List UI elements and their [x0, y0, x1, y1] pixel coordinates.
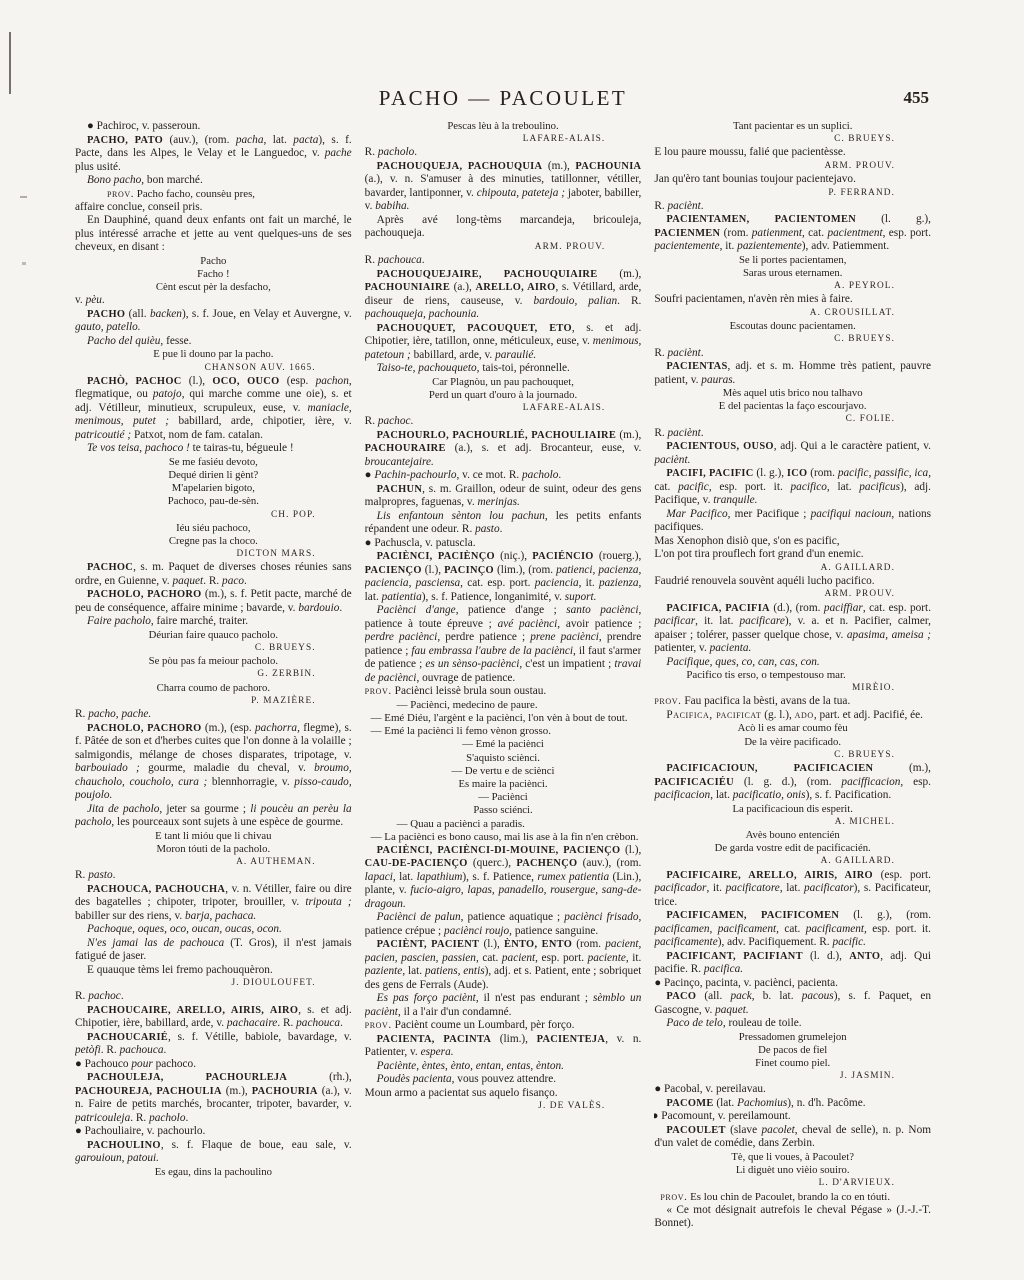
- text-segment: , patience sanguine.: [509, 925, 598, 937]
- citation-author: CH. POP.: [75, 509, 352, 522]
- text-segment: — Emé la paciènci: [462, 738, 544, 750]
- text-segment: , s. f. Vétille, babiole, bavardage, v.: [168, 1031, 352, 1043]
- text-segment: J. JASMIN.: [840, 1071, 895, 1081]
- text-paragraph: prov. Paciènci leissè brula soun oustau.: [365, 685, 642, 699]
- text-paragraph: R. pachoc.: [365, 415, 642, 429]
- text-segment: (g. l.),: [761, 709, 794, 721]
- text-segment: ● Pacobal, v. pereilavau.: [654, 1083, 766, 1095]
- headword: PACHOUNIA: [575, 161, 641, 172]
- text-segment: ), s. f. Patience, longanimité, v.: [422, 591, 565, 603]
- text-segment: Passo sciénci.: [473, 804, 532, 816]
- italic-text: pacificacion: [654, 789, 710, 801]
- italic-text: pèu: [86, 294, 102, 306]
- text-paragraph: v. pèu.: [75, 294, 352, 308]
- text-segment: CH. POP.: [271, 510, 316, 520]
- italic-text: pacificamen, pacificament,: [654, 923, 779, 935]
- italic-text: patiens, entis: [425, 965, 485, 977]
- verse-line: Iéu siéu pachoco,: [75, 522, 352, 535]
- headword: PACHOUREJA, PACHOULIA: [75, 1086, 222, 1097]
- scan-artifact-line: [9, 32, 11, 94]
- entry-paragraph: Paciènci de palun, patience aquatique ; …: [365, 911, 642, 938]
- scanned-dictionary-page: { "page": { "background_color": "#f6f4f0…: [0, 0, 1024, 1280]
- text-segment: R.: [654, 200, 667, 212]
- italic-text: babiha.: [375, 200, 409, 212]
- citation-author: C. BRUEYS.: [654, 749, 931, 762]
- citation-author: A. CROUSILLAT.: [654, 307, 931, 320]
- text-segment: Mès aquel utis brico nou talhavo: [723, 387, 863, 399]
- entry-paragraph: Bono pacho, bon marché.: [75, 174, 352, 188]
- italic-text: pacientment: [827, 227, 882, 239]
- italic-text: Faire pacholo: [87, 615, 151, 627]
- italic-text: broucantejaire.: [365, 456, 434, 468]
- verse-line: Es maire la paciènci.: [365, 778, 642, 791]
- citation-author: MIRÈIO.: [654, 682, 931, 695]
- text-segment: A. GAILLARD.: [821, 563, 895, 573]
- small-caps-text: prov.: [107, 188, 134, 200]
- text-segment: .: [414, 146, 417, 158]
- italic-text: pachacaire: [227, 1017, 277, 1029]
- text-paragraph: R. pachouca.: [365, 254, 642, 268]
- entry-paragraph: PACIFICACIOUN, PACIFICACIEN (m.), PACIFI…: [654, 762, 931, 803]
- text-segment: Déurian faire quauco pacholo.: [149, 629, 278, 641]
- text-segment: , cat. esp. port.: [863, 602, 931, 614]
- italic-text: pack: [730, 990, 751, 1002]
- proverb-line: — Paciènci, medecino de paure.: [365, 699, 642, 712]
- scan-artifact-speck: [22, 262, 26, 265]
- citation-author: A. GAILLARD.: [654, 855, 931, 868]
- text-segment: ), s. f. Patience,: [462, 871, 537, 883]
- text-segment: Pescas lèu à la treboulino.: [447, 120, 558, 132]
- text-segment: La pacificacioun dis esperit.: [732, 803, 852, 815]
- text-segment: Se li portes pacientamen,: [739, 254, 846, 266]
- italic-text: pacifficacion,: [841, 776, 903, 788]
- text-segment: . R.: [277, 1017, 296, 1029]
- verse-line: De la vèire pacificado.: [654, 736, 931, 749]
- text-segment: (l. g.),: [856, 213, 931, 225]
- italic-text: pazientemente: [737, 240, 802, 252]
- text-paragraph: ● Pachuscla, v. patuscla.: [365, 537, 642, 551]
- text-segment: — De vertu e de sciènci: [452, 765, 555, 777]
- text-segment: . R.: [130, 1112, 149, 1124]
- entry-paragraph: PACIÈNT, PACIENT (l.), ÈNTO, ENTO (rom. …: [365, 938, 642, 992]
- citation-author: J. DE VALÈS.: [365, 1100, 642, 1113]
- italic-text: pacificus: [859, 481, 900, 493]
- text-segment: — La paciènci es bono causo, mai lis ase…: [371, 831, 639, 843]
- entry-paragraph: PACHOUQUEJA, PACHOUQUIA (m.), PACHOUNIA …: [365, 160, 642, 214]
- text-segment: , it. lat.: [695, 615, 739, 627]
- italic-text: suport.: [565, 591, 597, 603]
- headword: ICO: [787, 468, 808, 479]
- verse-line: Tant pacientar es un suplici.: [654, 120, 931, 133]
- text-segment: Jan qu'èro tant bounias toujour paciente…: [654, 173, 856, 185]
- text-segment: .: [339, 602, 342, 614]
- italic-text: patienment: [752, 227, 802, 239]
- verse-line: Acò li es amar coumo fèu: [654, 722, 931, 735]
- text-segment: , faire marché, traiter.: [151, 615, 248, 627]
- text-segment: gourme, maladie du cheval, v.: [140, 762, 314, 774]
- text-paragraph: L'on pot tira prouflech fort grand d'un …: [654, 548, 931, 562]
- text-segment: .: [701, 347, 704, 359]
- text-segment: — Emé Diéu, l'argènt e la paciènci, l'on…: [371, 712, 628, 724]
- verse-line: Passo sciénci.: [365, 804, 642, 817]
- italic-text: pasto: [475, 523, 499, 535]
- citation-author: DICTON MARS.: [75, 548, 352, 561]
- italic-text: pacifiqui nacioun: [811, 508, 892, 520]
- entry-paragraph: Faire pacholo, faire marché, traiter.: [75, 615, 352, 629]
- entry-paragraph: PACHOLO, PACHORO (m.), s. f. Petit pacte…: [75, 588, 352, 615]
- headword: PACHOC: [87, 562, 133, 573]
- text-segment: Es egau, dins la pachoulino: [155, 1166, 272, 1178]
- italic-text: Paciènci d'ange: [377, 604, 456, 616]
- text-paragraph: prov. Paciènt coume un Loumbard, pèr for…: [365, 1019, 642, 1033]
- headword: PACIFICA, PACIFIA: [666, 603, 770, 614]
- verse-line: Tè, que li voues, à Pacoulet?: [654, 1151, 931, 1164]
- italic-text: Pacifique, ques, co, can, cas, con.: [666, 656, 819, 668]
- text-segment: ● Pachouliaire, v. pachourlo.: [75, 1125, 205, 1137]
- text-segment: , esp. port.: [535, 952, 587, 964]
- headword: CAU-DE-PACIENÇO: [365, 858, 468, 869]
- italic-text: perdre paciènci: [365, 631, 438, 643]
- entry-paragraph: PACOME (lat. Pachomius), n. d'h. Pacôme.: [654, 1097, 931, 1111]
- text-segment: Escoutas dounc pacientamen.: [730, 320, 856, 332]
- headword: PACHOLO, PACHORO: [87, 589, 202, 600]
- text-segment: R.: [75, 869, 88, 881]
- text-segment: LAFARE-ALAIS.: [523, 134, 606, 144]
- italic-text: tranquile.: [713, 494, 757, 506]
- text-segment: , il a l'air d'un condamné.: [398, 1006, 512, 1018]
- text-segment: blennhorragie, v.: [207, 776, 294, 788]
- italic-text: paciènt.: [654, 454, 690, 466]
- verse-line: Es egau, dins la pachoulino: [75, 1166, 352, 1179]
- verse-line: Pescas lèu à la treboulino.: [365, 120, 642, 133]
- italic-text: bardouio, palian: [533, 295, 617, 307]
- text-segment: .: [410, 415, 413, 427]
- text-segment: Cènt escut pèr la desfacho,: [156, 281, 271, 293]
- italic-text: pacificator: [804, 882, 854, 894]
- entry-paragraph: Paciènci d'ange, patience d'ange ; santo…: [365, 604, 642, 685]
- text-segment: (all.: [125, 308, 150, 320]
- italic-text: pacific.: [832, 936, 866, 948]
- verse-line: Charra coumo de pachoro.: [75, 682, 352, 695]
- verse-line: M'apelarien bigoto,: [75, 482, 352, 495]
- entry-paragraph: Paco de telo, rouleau de toile.: [654, 1017, 931, 1031]
- text-segment: .: [244, 575, 247, 587]
- headword: PACHOULINO: [87, 1140, 161, 1151]
- headword: PACHOLO, PACHORO: [87, 723, 202, 734]
- italic-text: patricouleja: [75, 1112, 130, 1124]
- italic-text: pachouca: [296, 1017, 340, 1029]
- text-segment: (esp.: [279, 375, 315, 387]
- entry-paragraph: PACHOUCARIÉ, s. f. Vétille, babiole, bav…: [75, 1031, 352, 1058]
- small-caps-text: prov.: [660, 1191, 687, 1203]
- verse-line: E del pacientas la faço escourjavo.: [654, 400, 931, 413]
- text-segment: A. GAILLARD.: [821, 856, 895, 866]
- italic-text: merinjas.: [478, 496, 520, 508]
- italic-text: patojo: [153, 388, 182, 400]
- text-segment: (rom.: [572, 938, 605, 950]
- headword: PACIENTAS: [666, 361, 727, 372]
- text-segment: , ouvrage de patience.: [416, 672, 515, 684]
- italic-text: pachorra: [255, 722, 297, 734]
- text-segment: babillard, arde, chipotier, ière, v.: [169, 415, 352, 427]
- text-segment: J. DIOULOUFET.: [231, 978, 315, 988]
- text-segment: esp.: [903, 776, 931, 788]
- italic-text: gauto, patello.: [75, 321, 141, 333]
- italic-text: pacient: [502, 952, 535, 964]
- entry-paragraph: ● Pachiroc, v. passeroun.: [75, 120, 352, 134]
- text-segment: (auv.), (rom.: [163, 134, 236, 146]
- text-segment: G. ZERBIN.: [257, 669, 315, 679]
- italic-text: pasto: [88, 869, 112, 881]
- text-segment: . R.: [101, 1044, 120, 1056]
- italic-text: pacholo: [522, 469, 558, 481]
- text-segment: Pacho facho, counsèu pres,: [134, 188, 255, 200]
- text-segment: (niç.),: [495, 550, 532, 562]
- text-segment: Acò li es amar coumo fèu: [738, 722, 848, 734]
- text-segment: , fesse.: [160, 335, 191, 347]
- headword: PACHOURLO, PACHOURLIÉ, PACHOULIAIRE: [377, 430, 616, 441]
- entry-paragraph: Pachoque, oques, oco, oucan, oucas, ocon…: [75, 923, 352, 937]
- text-segment: , c'est un impatient ;: [519, 658, 614, 670]
- headword: PACHOUQUET, PACOUQUET, ETO: [377, 323, 572, 334]
- small-caps-text: prov.: [654, 695, 681, 707]
- text-segment: patienter, v.: [654, 642, 709, 654]
- italic-text: petòfi: [75, 1044, 101, 1056]
- entry-paragraph: PACHOUQUET, PACOUQUET, ETO, s. et adj. C…: [365, 322, 642, 363]
- verse-line: Dequé dirien li gènt?: [75, 469, 352, 482]
- entry-paragraph: PACHO, PATO (auv.), (rom. pacha, lat. pa…: [75, 134, 352, 175]
- italic-text: pacienta.: [710, 642, 752, 654]
- verse-line: Mès aquel utis brico nou talhavo: [654, 387, 931, 400]
- text-segment: (l. g.), (rom.: [839, 909, 931, 921]
- headword: PACIÈNCI, PACIÈNÇO: [377, 551, 495, 562]
- text-segment: (l. g. d.), (rom.: [734, 776, 841, 788]
- text-segment: , cat.: [802, 227, 827, 239]
- verse-line: Finet coumo piel.: [654, 1057, 931, 1070]
- headword: PACOULET: [666, 1125, 725, 1136]
- italic-text: barbouiado ;: [75, 762, 140, 774]
- headword: PACIFICAMEN, PACIFICOMEN: [666, 910, 839, 921]
- text-segment: De la vèire pacificado.: [744, 736, 841, 748]
- text-paragraph: R. paciènt.: [654, 200, 931, 214]
- headword: PACHENÇO: [516, 858, 577, 869]
- text-segment: Finet coumo piel.: [755, 1057, 830, 1069]
- headword: PACIENÇO: [365, 565, 422, 576]
- italic-text: avé paciènci: [498, 618, 558, 630]
- text-segment: (l.),: [479, 938, 504, 950]
- proverb-line: — Quau a paciènci a paradis.: [365, 818, 642, 831]
- text-segment: . R.: [203, 575, 222, 587]
- italic-text: pacolet: [762, 1124, 795, 1136]
- italic-text: Es pas forço paciènt: [377, 992, 476, 1004]
- text-segment: MIRÈIO.: [852, 683, 895, 693]
- running-header: PACHO — PACOULET 455: [75, 86, 931, 112]
- entry-paragraph: PACIENTA, PACINTA (lim.), PACIENTEJA, v.…: [365, 1033, 642, 1060]
- citation-author: CHANSON AUV. 1665.: [75, 362, 352, 375]
- italic-text: pacho, pache.: [88, 708, 151, 720]
- text-segment: LAFARE-ALAIS.: [523, 403, 606, 413]
- italic-text: paciènt: [668, 427, 701, 439]
- italic-text: paciencia: [535, 577, 579, 589]
- citation-author: A. PEYROL.: [654, 280, 931, 293]
- italic-text: pacholo: [149, 1112, 185, 1124]
- text-segment: S'aquisto sciènci.: [466, 752, 540, 764]
- text-segment: (m.),: [597, 268, 641, 280]
- italic-text: pacificamente: [654, 936, 717, 948]
- text-segment: (d.), (rom.: [770, 602, 824, 614]
- entry-paragraph: PACIFICANT, PACIFIANT (l. d.), ANTO, adj…: [654, 950, 931, 977]
- text-segment: C. BRUEYS.: [834, 334, 895, 344]
- text-segment: .: [558, 469, 561, 481]
- verse-line: Pressadomen grumelejon: [654, 1031, 931, 1044]
- entry-paragraph: PACIFI, PACIFIC (l. g.), ICO (rom. pacif…: [654, 467, 931, 508]
- entry-paragraph: PACIFICAMEN, PACIFICOMEN (l. g.), (rom. …: [654, 909, 931, 950]
- verse-line: La pacificacioun dis esperit.: [654, 803, 931, 816]
- verse-line: — De vertu e de sciènci: [365, 765, 642, 778]
- verse-line: S'aquisto sciènci.: [365, 752, 642, 765]
- text-segment: (lim.),: [491, 1033, 536, 1045]
- column-1: ● Pachiroc, v. passeroun.PACHO, PATO (au…: [75, 120, 352, 1250]
- text-segment: , lat.: [393, 871, 417, 883]
- text-segment: .: [422, 254, 425, 266]
- citation-author: ARM. PROUV.: [654, 588, 931, 601]
- italic-text: pachon: [316, 375, 349, 387]
- text-segment: .: [121, 990, 124, 1002]
- headword: PACIFI, PACIFIC: [666, 468, 753, 479]
- text-segment: (rom.: [807, 467, 837, 479]
- italic-text: pacificare: [740, 615, 785, 627]
- text-segment: , it.: [579, 577, 599, 589]
- text-segment: (rom.: [720, 227, 751, 239]
- text-paragraph: ● Pacobal, v. pereilavau.: [654, 1083, 931, 1097]
- headword: PACHOURIA: [252, 1086, 318, 1097]
- italic-text: pachouca: [120, 1044, 164, 1056]
- italic-text: pache: [325, 147, 352, 159]
- entry-paragraph: PACHOUCAIRE, ARELLO, AIRIS, AIRO, s. et …: [75, 1004, 352, 1031]
- verse-line: Pacho: [75, 255, 352, 268]
- italic-text: lapaci: [365, 871, 393, 883]
- text-segment: — Emé la paciènci li femo vènon grosso.: [371, 725, 551, 737]
- text-segment: .: [701, 427, 704, 439]
- text-segment: A. CROUSILLAT.: [810, 308, 895, 318]
- italic-text: prene paciènci: [530, 631, 599, 643]
- text-segment: Iéu siéu pachoco,: [176, 522, 250, 534]
- text-segment: E lou paure moussu, falié que pacientèss…: [654, 146, 845, 158]
- text-paragraph: R. pacho, pache.: [75, 708, 352, 722]
- entry-paragraph: PACOULET (slave pacolet, cheval de selle…: [654, 1124, 931, 1151]
- text-segment: , adj. Qui a le caractère patient, v.: [774, 440, 931, 452]
- citation-author: G. ZERBIN.: [75, 668, 352, 681]
- text-segment: .: [164, 1044, 167, 1056]
- page-background: PACHO — PACOULET 455 ● Pachiroc, v. pass…: [0, 0, 1024, 1280]
- text-paragraph: ● Pachouliaire, v. pachourlo.: [75, 1125, 352, 1139]
- text-segment: (l.),: [182, 375, 213, 387]
- text-paragraph: Jan qu'èro tant bounias toujour paciente…: [654, 173, 931, 187]
- text-segment: , mer Pacifique ;: [728, 508, 811, 520]
- text-segment: (m.), (esp.: [202, 722, 255, 734]
- text-segment: Soufri pacientamen, n'avèn rèn mies à fa…: [654, 293, 852, 305]
- page-number: 455: [904, 88, 930, 108]
- text-segment: , lat.: [263, 134, 293, 146]
- entry-paragraph: PACIFICA, PACIFIA (d.), (rom. paciffiar,…: [654, 602, 931, 656]
- text-segment: Après avé long-tèms marcandeja, bricoule…: [365, 214, 642, 240]
- text-segment: R.: [654, 347, 667, 359]
- text-paragraph: ● Pacinço, pacinta, v. paciènci, pacient…: [654, 977, 931, 991]
- text-segment: , patience aquatique ;: [461, 911, 565, 923]
- italic-text: pachouca: [378, 254, 422, 266]
- verse-line: Déurian faire quauco pacholo.: [75, 629, 352, 642]
- proverb-item: prov. Es lou chin de Pacoulet, brando la…: [654, 1191, 931, 1204]
- italic-text: pachoc: [378, 415, 411, 427]
- text-segment: ● Pachuscla, v. patuscla.: [365, 537, 476, 549]
- text-segment: (l. g.),: [754, 467, 787, 479]
- entry-paragraph: Es pas forço paciènt, il n'est pas endur…: [365, 992, 642, 1019]
- text-segment: , vous pouvez attendre.: [452, 1073, 556, 1085]
- italic-text: pachoc: [88, 990, 121, 1002]
- text-segment: ARM. PROUV.: [535, 242, 606, 252]
- headword: PACIÉNCIO: [532, 551, 593, 562]
- italic-text: paraulié.: [495, 349, 536, 361]
- text-segment: (all.: [696, 990, 730, 1002]
- text-segment: R.: [365, 146, 378, 158]
- text-segment: (lim.), (rom.: [494, 564, 556, 576]
- verse-line: Cregne pas la choco.: [75, 535, 352, 548]
- entry-paragraph: PACHOUQUEJAIRE, PACHOUQUIAIRE (m.), PACH…: [365, 268, 642, 322]
- verse-line: Facho !: [75, 268, 352, 281]
- text-segment: Cregne pas la choco.: [169, 535, 258, 547]
- italic-text: pauras.: [701, 374, 735, 386]
- text-segment: C. BRUEYS.: [834, 750, 895, 760]
- text-segment: A. AUTHEMAN.: [236, 857, 316, 867]
- entry-paragraph: En Dauphiné, quand deux enfants ont fait…: [75, 214, 352, 255]
- citation-author: A. GAILLARD.: [654, 562, 931, 575]
- text-segment: .: [102, 294, 105, 306]
- italic-text: Pachin-pachourlo: [374, 469, 456, 481]
- text-segment: DICTON MARS.: [237, 549, 316, 559]
- headword: PACIENMEN: [654, 228, 720, 239]
- text-segment: , it.: [720, 240, 738, 252]
- entry-paragraph: PACIÈNCI, PACIÈNÇO (niç.), PACIÉNCIO (ro…: [365, 550, 642, 604]
- text-segment: E del pacientas la faço escourjavo.: [719, 400, 867, 412]
- citation-author: ARM. PROUV.: [654, 160, 931, 173]
- italic-text: pacific, passific, ica,: [838, 467, 931, 479]
- text-segment: (m.),: [222, 1085, 252, 1097]
- text-paragraph: Mas Xenophon disiò que, s'on es pacific,: [654, 535, 931, 549]
- text-segment: cat.: [779, 923, 806, 935]
- entry-paragraph: Poudès pacienta, vous pouvez attendre.: [365, 1073, 642, 1087]
- italic-text: pacificatio, onis: [733, 789, 806, 801]
- text-segment: P. FERRAND.: [828, 188, 895, 198]
- entry-paragraph: PACO (all. pack, b. lat. pacous), s. f. …: [654, 990, 931, 1017]
- entry-paragraph: N'es jamai las de pachouca (T. Gros), il…: [75, 937, 352, 964]
- italic-text: paziente: [365, 965, 403, 977]
- text-segment: « Ce mot désignait autrefois le cheval P…: [654, 1204, 931, 1230]
- text-paragraph: ● Pachin-pachourlo, v. ce mot. R. pachol…: [365, 469, 642, 483]
- text-segment: J. DE VALÈS.: [538, 1101, 605, 1111]
- entry-paragraph: PACHOLO, PACHORO (m.), (esp. pachorra, f…: [75, 722, 352, 803]
- text-segment: Patxot, nom de fam. catalan.: [131, 429, 263, 441]
- verse-line: Saras urous eternamen.: [654, 267, 931, 280]
- text-segment: Paciènci leissè brula soun oustau.: [392, 685, 546, 697]
- italic-text: pour: [131, 1058, 152, 1070]
- italic-text: backen: [150, 308, 182, 320]
- citation-author: L. D'ARVIEUX.: [654, 1177, 931, 1190]
- text-segment: (l.),: [620, 844, 641, 856]
- headword: PACIÈNT, PACIENT: [377, 939, 480, 950]
- text-paragraph: Faudrié renouvela souvènt aquéli lucho p…: [654, 575, 931, 589]
- text-segment: Pressadomen grumelejon: [739, 1031, 847, 1043]
- headword: OCO, OUCO: [212, 376, 279, 387]
